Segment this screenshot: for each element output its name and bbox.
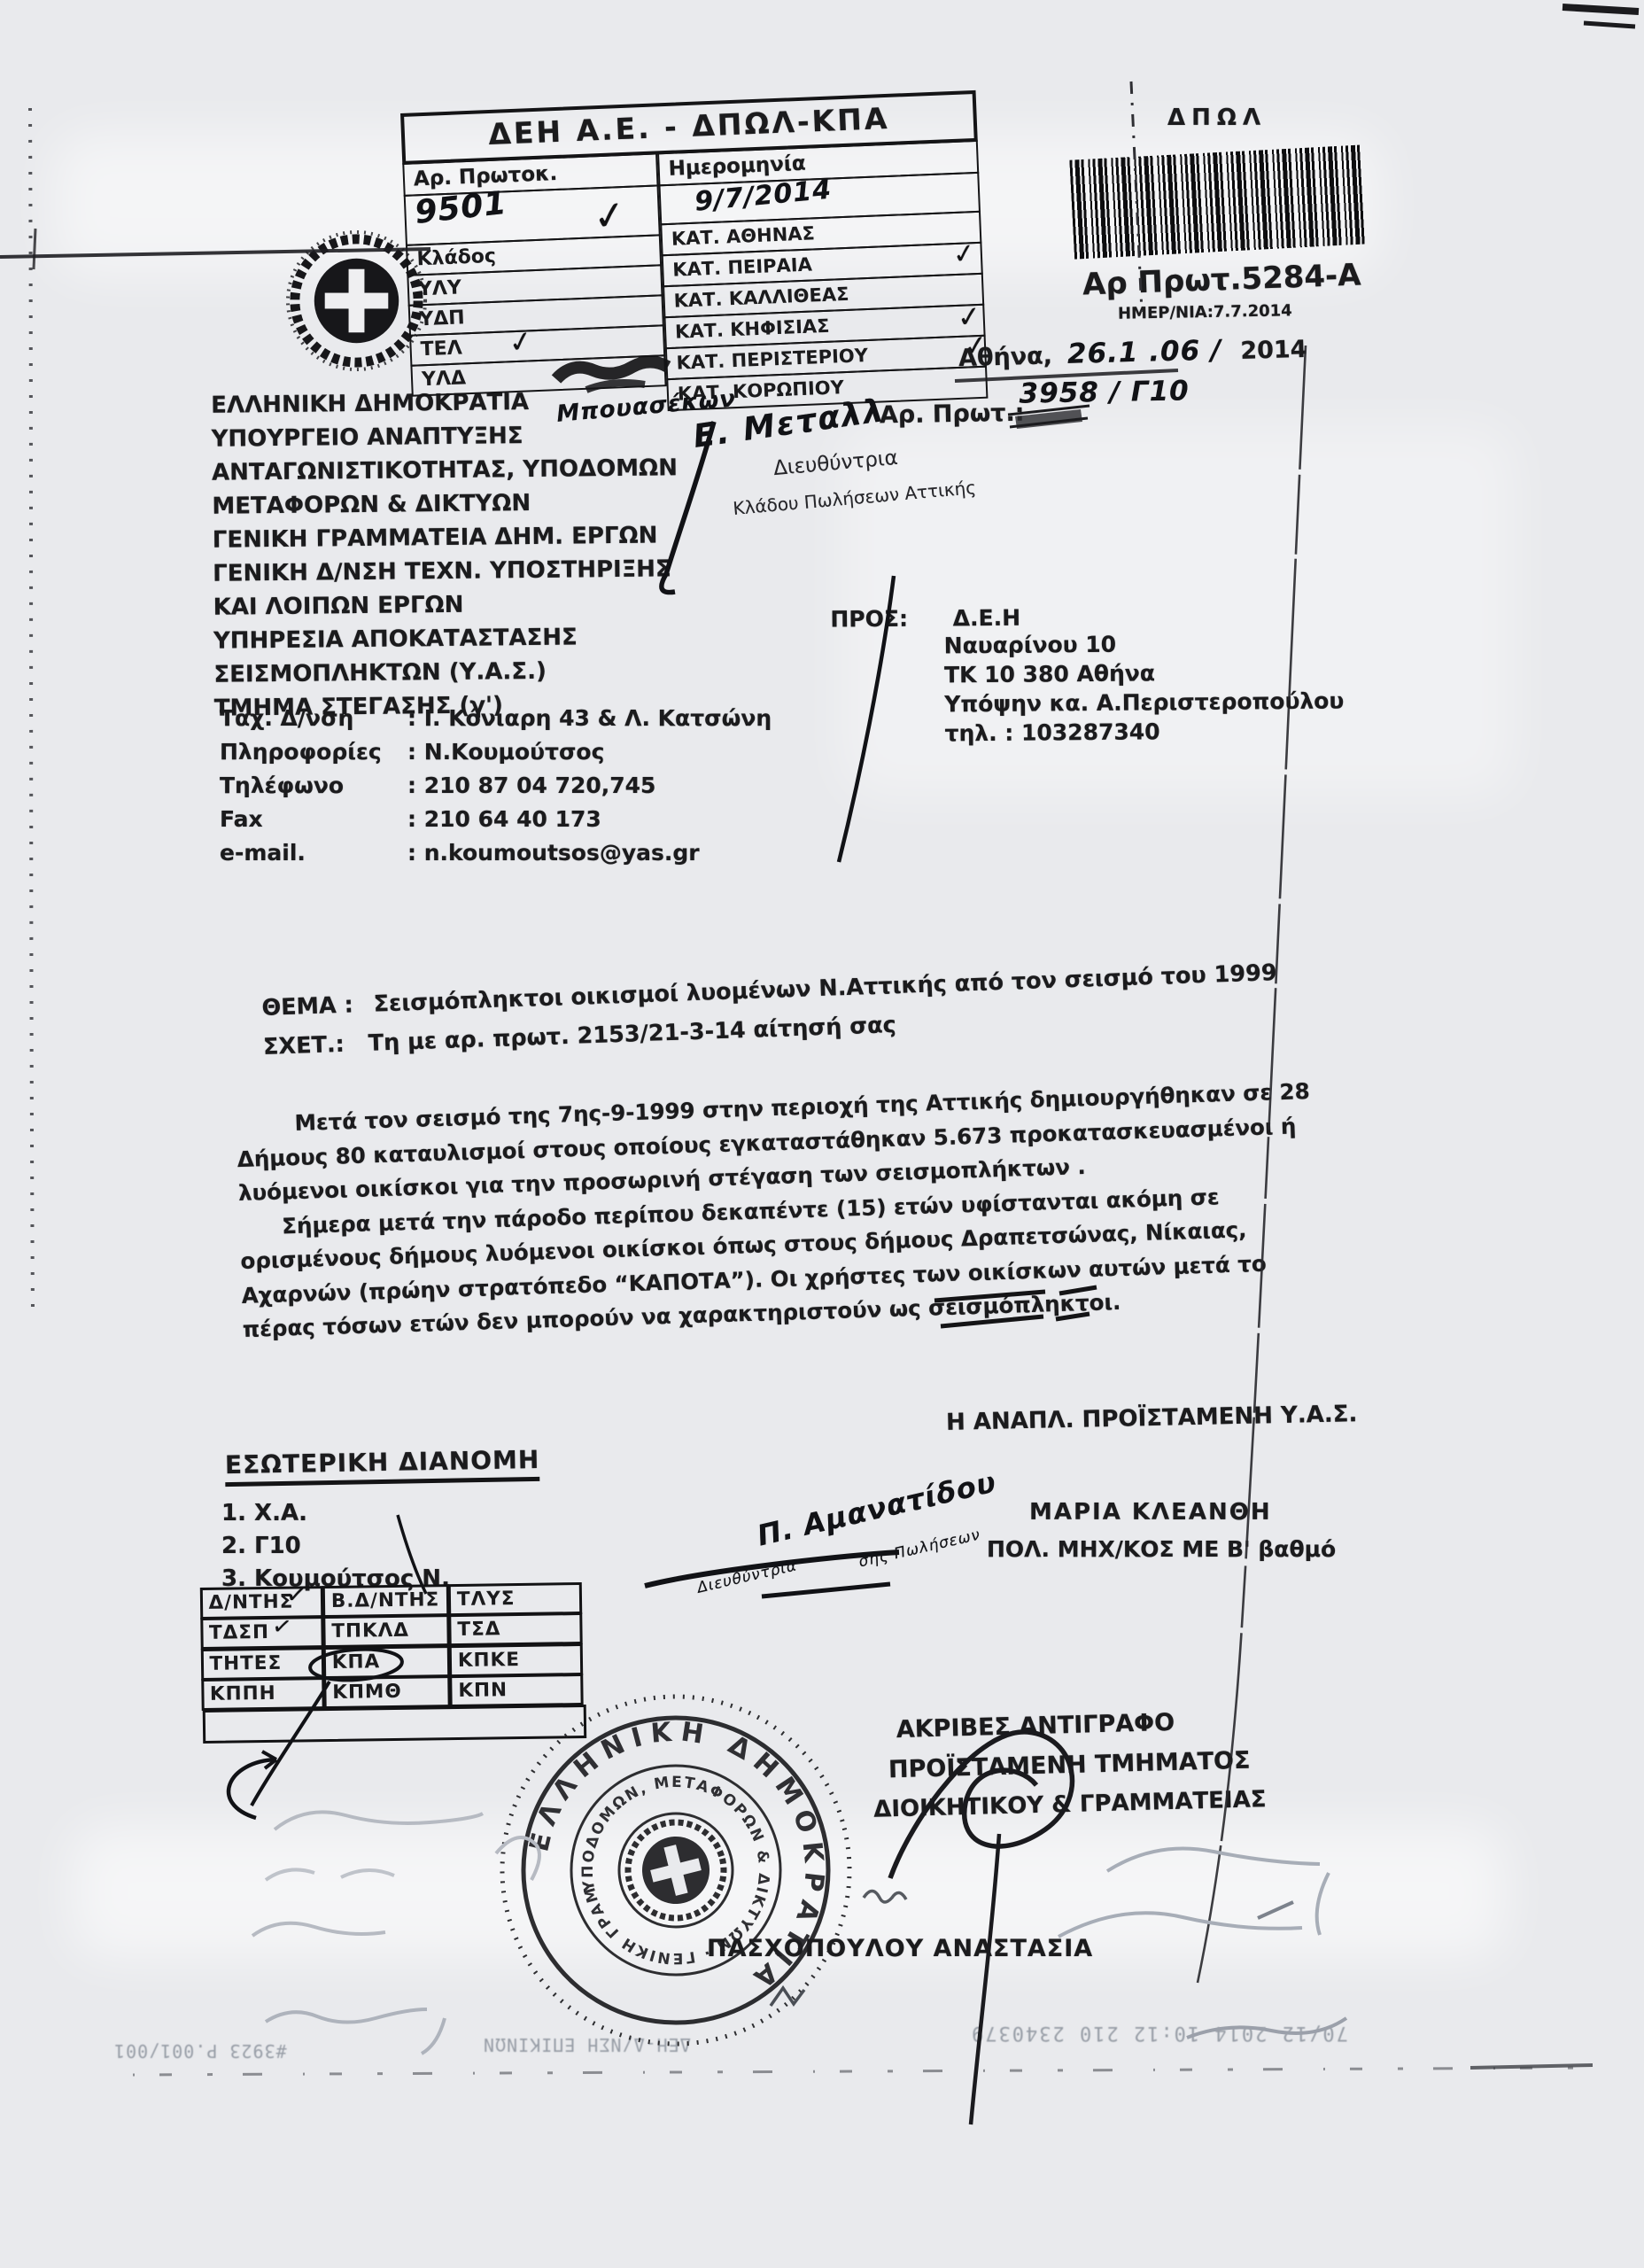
protocol-line: Αρ. Πρωτ.: 3958 / Γ10 — [880, 400, 1025, 430]
scan-edge-dotted-line — [30, 108, 33, 1309]
recipient-prefix: ΠΡΟΣ: — [830, 606, 908, 633]
registry-protocol-value: 9501 — [414, 190, 508, 228]
recipient-block: ΠΡΟΣ: Δ.Ε.Η Ναυαρίνου 10 ΤΚ 10 380 Αθήνα… — [830, 602, 1344, 749]
routing-cell: ΤΛΥΣ — [448, 1582, 583, 1616]
contact-value: : Ι. Κόνιαρη 43 & Λ. Κατσώνη — [407, 705, 772, 731]
contact-value: : 210 87 04 720,745 — [407, 773, 655, 798]
distribution-item: 1. Χ.Α. — [221, 1497, 450, 1530]
routing-cell: ΚΠΠΗ — [201, 1677, 325, 1711]
sender-letterhead: ΕΛΛΗΝΙΚΗ ΔΗΜΟΚΡΑΤΙΑ ΥΠΟΥΡΓΕΙΟ ΑΝΑΠΤΥΞΗΣ … — [211, 384, 680, 725]
sender-line: ΑΝΤΑΓΩΝΙΣΤΙΚΟΤΗΤΑΣ, ΥΠΟΔΟΜΩΝ — [212, 451, 678, 490]
scanned-document-page: ΔΕΗ Α.Ε. - ΔΠΩΛ-ΚΠΑ Αρ. Πρωτοκ. 9501 ✓ Κ… — [0, 0, 1644, 2268]
sender-line: ΥΠΗΡΕΣΙΑ ΑΠΟΚΑΤΑΣΤΑΣΗΣ — [213, 619, 679, 658]
routing-cell: ΤΣΔ — [448, 1612, 583, 1646]
sender-line: ΜΕΤΑΦΟΡΩΝ & ΔΙΚΤΥΩΝ — [212, 485, 678, 524]
barcode — [1069, 144, 1368, 259]
fax-footer-left: #3923 P.001/001 — [113, 2040, 287, 2062]
contact-block: Ταχ. Δ/νση: Ι. Κόνιαρη 43 & Λ. Κατσώνη Π… — [220, 705, 772, 874]
scan-artifact-tick — [34, 229, 35, 269]
checkmark-icon: ✓ — [507, 326, 535, 358]
reference-label: ΣΧΕΤ.: — [263, 1031, 345, 1060]
sender-line: ΓΕΝΙΚΗ ΓΡΑΜΜΑΤΕΙΑ ΔΗΜ. ΕΡΓΩΝ — [213, 518, 679, 557]
internal-distribution-list: 1. Χ.Α. 2. Γ10 3. Κουμούτσος Ν. — [221, 1497, 450, 1596]
routing-cell: ΤΠΚΛΔ — [322, 1614, 450, 1648]
checkmark-icon: ✓ — [270, 1612, 294, 1642]
checkmark-icon: ✓ — [592, 200, 628, 233]
contact-label: Ταχ. Δ/νση — [220, 705, 407, 731]
approver-role: ΠΟΛ. ΜΗΧ/ΚΟΣ ΜΕ Β' βαθμό — [987, 1536, 1336, 1562]
recipient-name: Δ.Ε.Η — [953, 605, 1021, 632]
checkmark-icon: ✓ — [951, 238, 978, 270]
routing-cell: ΚΠΚΕ — [449, 1643, 584, 1677]
date-year: 2014 — [1240, 336, 1307, 365]
registry-date-value: 9/7/2014 — [694, 176, 833, 217]
contact-label: Τηλέφωνο — [220, 773, 407, 798]
signature2-sub-left: Διευθύντρια — [695, 1557, 799, 1596]
contact-label: Fax — [220, 806, 407, 832]
routing-cell: ΚΠΑ — [323, 1645, 451, 1679]
routing-cell: ΤΗΤΕΣ — [200, 1647, 324, 1681]
recipient-address: Ναυαρίνου 10 — [944, 627, 1344, 660]
recipient-attention: Υπόψην κα. Α.Περιστεροπούλου — [944, 686, 1344, 718]
subject-label: ΘΕΜΑ : — [261, 991, 353, 1021]
sender-line: ΓΕΝΙΚΗ Δ/ΝΣΗ ΤΕΧΝ. ΥΠΟΣΤΗΡΙΞΗΣ — [213, 552, 679, 591]
contact-value: : 210 64 40 173 — [407, 806, 601, 832]
routing-cell: Β.Δ/ΝΤΗΣ — [322, 1584, 450, 1618]
recipient-postal: ΤΚ 10 380 Αθήνα — [944, 656, 1344, 689]
approver-name: ΜΑΡΙΑ ΚΛΕΑΝΘΗ — [1029, 1499, 1272, 1526]
corner-mark — [1563, 7, 1639, 12]
fax-footer-right: 70/12 2014 10:12 210 2340379 — [970, 2022, 1348, 2044]
contact-value: : n.koumoutsos@yas.gr — [407, 840, 700, 866]
corner-mark — [1584, 23, 1635, 27]
internal-distribution-heading: ΕΣΩΤΕΡΙΚΗ ΔΙΑΝΟΜΗ — [225, 1445, 540, 1487]
date-line: Αθήνα, 26.1 .06 / 2014 — [958, 332, 1307, 373]
barcode-date: ΗΜΕΡ/ΝΙΑ:7.7.2014 — [1118, 301, 1292, 322]
signature-underline — [762, 1584, 890, 1596]
certification-block: ΑΚΡΙΒΕΣ ΑΝΤΙΓΡΑΦΟ ΠΡΟΪΣΤΑΜΕΝΗ ΤΜΗΜΑΤΟΣ Δ… — [872, 1706, 1267, 1823]
signature2-sub-right: σης Πωλήσεων — [857, 1526, 982, 1571]
routing-cell: Δ/ΝΤΗΣ ✓ — [199, 1586, 323, 1619]
faint-handwriting — [266, 2009, 445, 2054]
distribution-item: 2. Γ10 — [221, 1530, 450, 1563]
c-arrow-head — [262, 1751, 276, 1768]
recipient-phone: τηλ. : 103287340 — [944, 715, 1344, 748]
certification-line2: ΠΡΟΪΣΤΑΜΕΝΗ ΤΜΗΜΑΤΟΣ — [888, 1746, 1266, 1783]
bottom-dash-row — [133, 2068, 1586, 2075]
barcode-label: ΔΠΩΛ — [1167, 105, 1267, 131]
body-text: Μετά τον σεισμό της 7ης-9-1999 στην περι… — [236, 1075, 1316, 1347]
contact-label: e-mail. — [220, 840, 407, 866]
date-city: Αθήνα, — [958, 342, 1053, 372]
sender-line: ΚΑΙ ΛΟΙΠΩΝ ΕΡΓΩΝ — [213, 586, 679, 625]
routing-cell: ΤΔΣΠ ✓ — [200, 1616, 324, 1650]
protocol-label: Αρ. Πρωτ.: — [880, 400, 1025, 430]
certification-line1: ΑΚΡΙΒΕΣ ΑΝΤΙΓΡΑΦΟ — [896, 1706, 1264, 1744]
routing-cell: ΚΠΜΘ — [323, 1675, 451, 1709]
contact-value: : Ν.Κουμούτσος — [407, 739, 604, 765]
protocol-value-handwritten: 3958 / Γ10 — [1019, 375, 1190, 409]
approver-title: Η ΑΝΑΠΛ. ΠΡΟΪΣΤΑΜΕΝΗ Υ.Α.Σ. — [946, 1401, 1358, 1436]
checkmark-icon: ✓ — [284, 1581, 309, 1610]
subject-block: ΘΕΜΑ : Σεισμόπληκτοι οικισμοί λυομένων Ν… — [261, 953, 1279, 1067]
date-handwritten: 26.1 .06 / — [1067, 334, 1222, 370]
bottom-dash-row — [1470, 2065, 1593, 2068]
c-arrow — [229, 1759, 276, 1818]
certification-line3: ΔΙΟΙΚΗΤΙΚΟΥ & ΓΡΑΜΜΑΤΕΙΑΣ — [873, 1786, 1267, 1823]
sender-line: ΣΕΙΣΜΟΠΛΗΚΤΩΝ (Υ.Α.Σ.) — [213, 653, 679, 692]
contact-label: Πληροφορίες — [220, 739, 407, 765]
deh-registry-stamp: ΔΕΗ Α.Ε. - ΔΠΩΛ-ΚΠΑ Αρ. Πρωτοκ. 9501 ✓ Κ… — [400, 90, 988, 422]
